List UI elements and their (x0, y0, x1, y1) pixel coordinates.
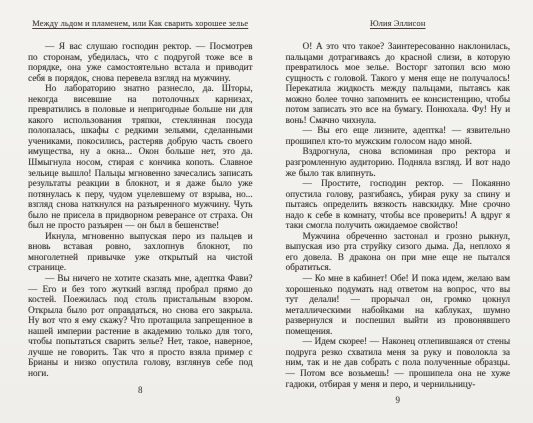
book-spread: Между льдом и пламенем, или Как сварить … (0, 0, 533, 423)
paragraph: Но лабораторию знатно разнесло, да. Штор… (28, 83, 253, 231)
paragraph: Вздрогнула, снова вспоминая про ректора … (286, 146, 511, 178)
left-running-header: Между льдом и пламенем, или Как сварить … (28, 19, 253, 29)
right-page-number: 9 (286, 395, 511, 405)
page-left: Между льдом и пламенем, или Как сварить … (0, 0, 267, 423)
left-page-body: — Я вас слушаю господин ректор. — Посмот… (28, 41, 253, 379)
paragraph: О! А это что такое? Заинтересованно накл… (286, 41, 511, 125)
paragraph: — Простите, господин ректор. — Покаянно … (286, 178, 511, 231)
paragraph: — Я вас слушаю господин ректор. — Посмот… (28, 41, 253, 83)
paragraph: — Идем скорее! — Наконец отлепившаяся от… (286, 336, 511, 389)
paragraph: — Вы ничего не хотите сказать мне, адепт… (28, 273, 253, 378)
paragraph: Мужчина обреченно застонал и грозно рыкн… (286, 231, 511, 273)
right-running-header: Юлия Эллисон (286, 19, 511, 29)
left-page-number: 8 (28, 385, 253, 395)
page-right: Юлия Эллисон О! А это что такое? Заинтер… (267, 0, 533, 423)
paragraph: — Вы его еще лизните, адептка! — язвител… (286, 125, 511, 146)
paragraph: — Ко мне в кабинет! Обе! И пока идем, же… (286, 273, 511, 336)
paragraph: Икнула, мгновенно выпуская перо из пальц… (28, 231, 253, 273)
right-page-body: О! А это что такое? Заинтересованно накл… (286, 41, 511, 389)
